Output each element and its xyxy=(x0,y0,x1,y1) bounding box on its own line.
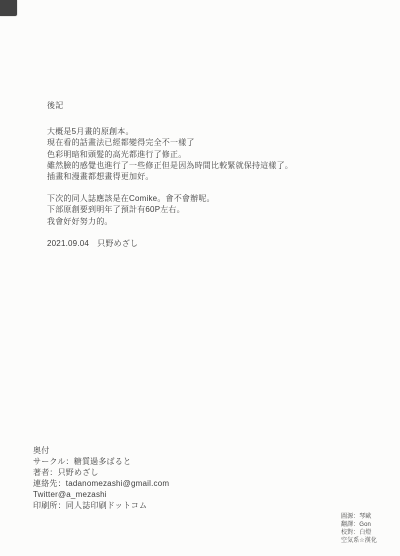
scan-corner-mark xyxy=(0,0,17,16)
afterword-text-line: 現在看的話畫法已經都變得完全不一樣了 xyxy=(47,137,293,148)
colophon-printer: 印刷所：同人誌印刷ドットコム xyxy=(33,500,169,511)
afterword-text-line: 雖然臉的感覺也進行了一些修正但是因為時間比較緊就保持這樣了。 xyxy=(47,160,293,171)
afterword-text-line: 我會好好努力的。 xyxy=(47,216,293,227)
afterword-heading: 後記 xyxy=(47,100,293,111)
credit-group: 空気系☆漢化 xyxy=(341,537,377,545)
afterword-text-line: 插畫和漫畫都想畫得更加好。 xyxy=(47,171,293,182)
afterword-text-line: 下次的同人誌應該是在Comike。會不會辦呢。 xyxy=(47,193,293,204)
credit-source: 圖源：琴歐 xyxy=(341,513,377,521)
colophon-circle: サークル：糖質過多ばると xyxy=(33,456,169,467)
date-signature: 2021.09.04 只野めざし xyxy=(47,238,293,249)
colophon-section: 奥付 サークル：糖質過多ばると 著者：只野めざし 連絡先：tadanomezas… xyxy=(33,445,169,511)
credit-proofread: 校對：白燈 xyxy=(341,529,377,537)
colophon-twitter-handle: Twitter@a_mezashi xyxy=(33,489,169,500)
afterword-text-line: 下部原創要到明年了預計有60P左右。 xyxy=(47,204,293,215)
colophon-heading: 奥付 xyxy=(33,445,169,456)
afterword-paragraph-1: 大概是5月畫的原創本。 現在看的話畫法已經都變得完全不一樣了 色彩明暗和頭髮的高… xyxy=(47,126,293,182)
afterword-text-line: 大概是5月畫的原創本。 xyxy=(47,126,293,137)
scanlation-credits: 圖源：琴歐 翻譯：Gon 校對：白燈 空気系☆漢化 xyxy=(341,513,377,545)
credit-translation: 翻譯：Gon xyxy=(341,521,377,529)
afterword-paragraph-2: 下次的同人誌應該是在Comike。會不會辦呢。 下部原創要到明年了預計有60P左… xyxy=(47,193,293,227)
colophon-author: 著者：只野めざし xyxy=(33,467,169,478)
colophon-contact-email: 連絡先：tadanomezashi@gmail.com xyxy=(33,478,169,489)
afterword-page: 後記 大概是5月畫的原創本。 現在看的話畫法已經都變得完全不一樣了 色彩明暗和頭… xyxy=(0,0,400,556)
afterword-section: 後記 大概是5月畫的原創本。 現在看的話畫法已經都變得完全不一樣了 色彩明暗和頭… xyxy=(47,100,293,249)
afterword-text-line: 色彩明暗和頭髮的高光都進行了修正。 xyxy=(47,149,293,160)
